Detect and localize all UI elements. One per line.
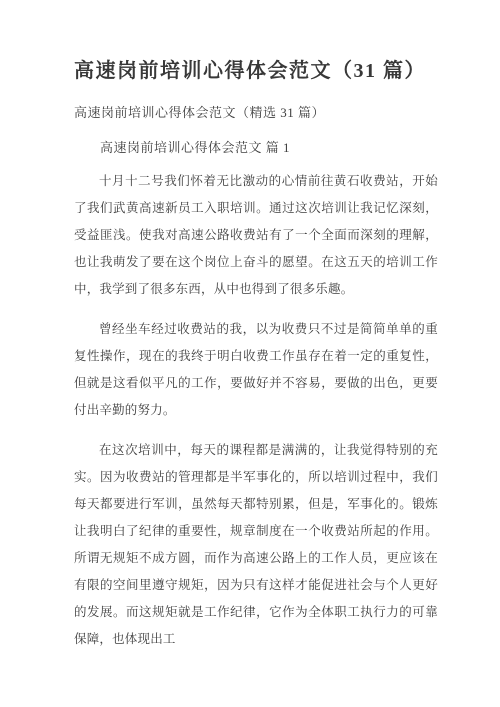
section-heading: 高速岗前培训心得体会范文 篇 1 — [74, 141, 438, 155]
paragraph: 曾经坐车经过收费站的我，以为收费只不过是简简单单的重复性操作，现在的我终于明白收… — [74, 316, 438, 424]
document-subtitle: 高速岗前培训心得体会范文（精选 31 篇） — [74, 106, 438, 120]
document-body: 十月十二号我们怀着无比激动的心情前往黄石收费站，开始了我们武黄高速新员工入职培训… — [74, 168, 438, 653]
document-page: 高速岗前培训心得体会范文（31 篇） 高速岗前培训心得体会范文（精选 31 篇）… — [0, 0, 500, 707]
paragraph: 十月十二号我们怀着无比激动的心情前往黄石收费站，开始了我们武黄高速新员工入职培训… — [74, 168, 438, 303]
document-title: 高速岗前培训心得体会范文（31 篇） — [74, 56, 438, 86]
paragraph: 在这次培训中，每天的课程都是满满的，让我觉得特别的充实。因为收费站的管理都是半军… — [74, 437, 438, 653]
